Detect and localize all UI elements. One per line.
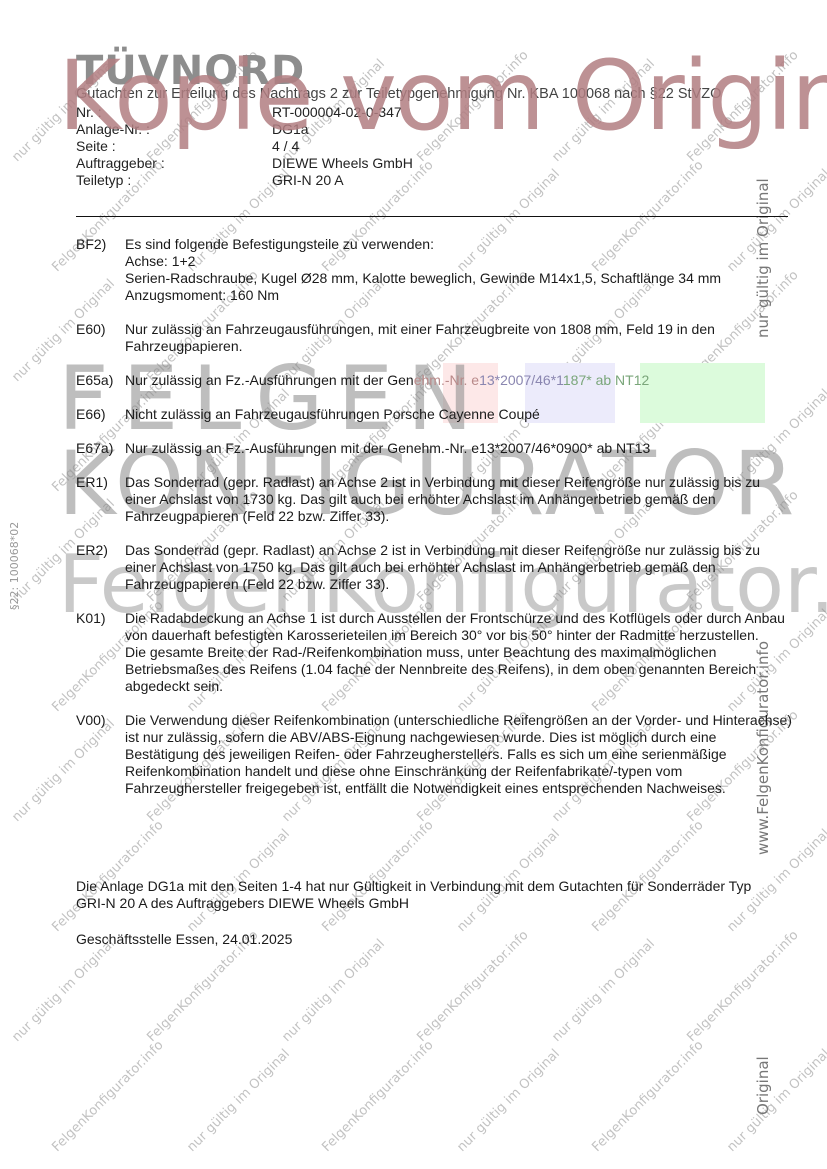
note-text: Die Radabdeckung an Achse 1 ist durch Au… [125, 610, 792, 695]
note-code: K01) [76, 610, 125, 695]
document-page: nur gültig im OriginalFelgenKonfigurator… [0, 0, 827, 1169]
watermark-vertical-bottom: Original [754, 1056, 772, 1115]
diagonal-watermark-text: FelgenKonfigurator.info [589, 818, 706, 935]
note-code: ER2) [76, 542, 125, 593]
note-code: E67a) [76, 440, 125, 457]
value-auftraggeber: DIEWE Wheels GmbH [272, 155, 413, 172]
note-text: Das Sonderrad (gepr. Radlast) an Achse 2… [125, 542, 792, 593]
note-er2: ER2) Das Sonderrad (gepr. Radlast) an Ac… [76, 542, 792, 593]
diagonal-watermark-text: nur gültig im Original [279, 937, 387, 1045]
diagonal-watermark-text: FelgenKonfigurator.info [319, 1038, 436, 1155]
diagonal-watermark-text: nur gültig im Original [454, 1047, 562, 1155]
watermark-kopie-vom-original: Kopie vom Original [58, 48, 827, 144]
diagonal-watermark-text: nur gültig im Original [9, 937, 117, 1045]
note-text: Nur zulässig an Fz.-Ausführungen mit der… [125, 440, 792, 457]
note-code: ER1) [76, 474, 125, 525]
location-date: Geschäftsstelle Essen, 24.01.2025 [76, 931, 292, 947]
notes-list: BF2) Es sind folgende Befestigungsteile … [76, 236, 792, 814]
note-text: Nur zulässig an Fz.-Ausführungen mit der… [125, 372, 792, 389]
diagonal-watermark-text: FelgenKonfigurator.info [414, 928, 531, 1045]
note-e67a: E67a) Nur zulässig an Fz.-Ausführungen m… [76, 440, 792, 457]
header-divider [76, 216, 788, 217]
diagonal-watermark-text: FelgenKonfigurator.info [49, 1038, 166, 1155]
note-e60: E60) Nur zulässig an Fahrzeugausführunge… [76, 321, 792, 355]
note-e65a: E65a) Nur zulässig an Fz.-Ausführungen m… [76, 372, 792, 389]
header-row-teiletyp: Teiletyp : GRI-N 20 A [76, 172, 413, 189]
diagonal-watermark-text: FelgenKonfigurator.info [589, 1038, 706, 1155]
validity-statement: Die Anlage DG1a mit den Seiten 1-4 hat n… [76, 878, 756, 912]
diagonal-watermark-text: nur gültig im Original [724, 1047, 827, 1155]
diagonal-watermark-text: nur gültig im Original [549, 937, 657, 1045]
note-v00: V00) Die Verwendung dieser Reifenkombina… [76, 712, 792, 797]
label-auftraggeber: Auftraggeber : [76, 155, 272, 172]
diagonal-watermark-text: nur gültig im Original [184, 1047, 292, 1155]
label-teiletyp: Teiletyp : [76, 172, 272, 189]
diagonal-watermark-text: FelgenKonfigurator.info [319, 818, 436, 935]
note-text: Das Sonderrad (gepr. Radlast) an Achse 2… [125, 474, 792, 525]
value-teiletyp: GRI-N 20 A [272, 172, 344, 189]
side-reference: §22: 100068*02 [8, 522, 21, 610]
note-text: Nicht zulässig an Fahrzeugausführungen P… [125, 406, 792, 423]
note-er1: ER1) Das Sonderrad (gepr. Radlast) an Ac… [76, 474, 792, 525]
note-code: E66) [76, 406, 125, 423]
note-k01: K01) Die Radabdeckung an Achse 1 ist dur… [76, 610, 792, 695]
note-text: Nur zulässig an Fahrzeugausführungen, mi… [125, 321, 792, 355]
note-code: BF2) [76, 236, 125, 304]
header-row-auftraggeber: Auftraggeber : DIEWE Wheels GmbH [76, 155, 413, 172]
note-code: E65a) [76, 372, 125, 389]
note-code: E60) [76, 321, 125, 355]
diagonal-watermark-text: FelgenKonfigurator.info [49, 818, 166, 935]
note-bf2: BF2) Es sind folgende Befestigungsteile … [76, 236, 792, 304]
note-text: Die Verwendung dieser Reifenkombination … [125, 712, 792, 797]
note-e66: E66) Nicht zulässig an Fahrzeugausführun… [76, 406, 792, 423]
note-code: V00) [76, 712, 125, 797]
note-text: Es sind folgende Befestigungsteile zu ve… [125, 236, 792, 304]
diagonal-watermark-text: FelgenKonfigurator.info [684, 928, 801, 1045]
